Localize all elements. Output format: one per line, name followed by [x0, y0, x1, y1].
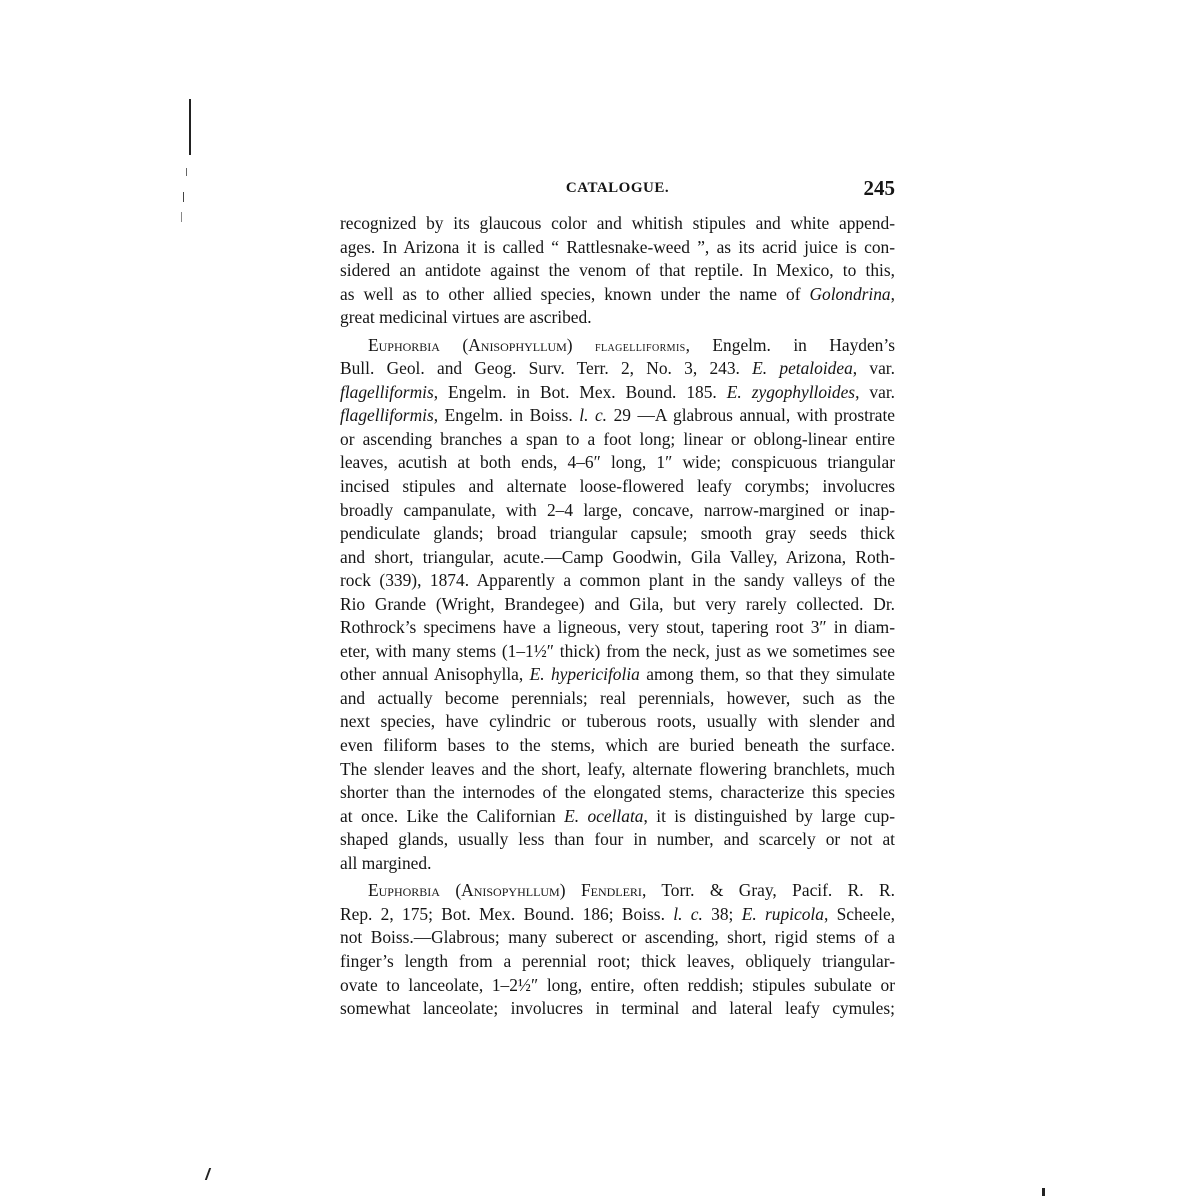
italic-term: l. c.: [673, 904, 703, 924]
species-heading-line: Euphorbia (Anisopyhllum) Fendleri, Torr.…: [340, 879, 895, 903]
text-line: flagelliformis, Engelm. in Boiss. l. c. …: [340, 404, 895, 428]
text-run: Bull. Geol. and Geog. Surv. Terr. 2, No.…: [340, 358, 752, 378]
scan-margin-speck: [186, 168, 187, 176]
text-line: somewhat lanceolate; involucres in termi…: [340, 997, 895, 1021]
text-line: all margined.: [340, 852, 895, 876]
paragraph-continuation: recognized by its glaucous color and whi…: [340, 212, 895, 330]
text-line: pendiculate glands; broad triangular cap…: [340, 522, 895, 546]
text-line: next species, have cylindric or tuberous…: [340, 710, 895, 734]
subgenus-name: (Anisopyhllum): [455, 880, 565, 900]
text-run: 29 —A glabrous annual, with prostrate: [607, 405, 895, 425]
text-line: and short, triangular, acute.—Camp Goodw…: [340, 546, 895, 570]
text-line: and actually become perennials; real per…: [340, 687, 895, 711]
italic-term: flagelliformis: [340, 382, 434, 402]
scan-margin-speck: [181, 212, 182, 222]
text-run: ,: [891, 284, 895, 304]
text-line: great medicinal virtues are ascribed.: [340, 306, 895, 330]
text-run: , Engelm. in Bot. Mex. Bound. 185.: [434, 382, 727, 402]
italic-term: E. ocellata: [564, 806, 643, 826]
text-line: shorter than the internodes of the elong…: [340, 781, 895, 805]
text-line: The slender leaves and the short, leafy,…: [340, 758, 895, 782]
text-line: rock (339), 1874. Apparently a common pl…: [340, 569, 895, 593]
italic-term: Golondrina: [809, 284, 890, 304]
text-run: , Engelm. in Boiss.: [434, 405, 580, 425]
text-run: among them, so that they simulate: [640, 664, 895, 684]
italic-term: E. hypericifolia: [530, 664, 640, 684]
scanned-page: CATALOGUE. 245 recognized by its glaucou…: [0, 0, 1200, 1200]
running-head: CATALOGUE. 245: [340, 176, 895, 200]
text-line: Rio Grande (Wright, Brandegee) and Gila,…: [340, 593, 895, 617]
text-line: as well as to other allied species, know…: [340, 283, 895, 307]
scan-margin-line: [189, 99, 191, 155]
text-run: , var.: [855, 382, 895, 402]
running-title: CATALOGUE.: [340, 180, 895, 197]
species-name: Fendleri: [581, 880, 642, 900]
text-line: ovate to lanceolate, 1–2½″ long, entire,…: [340, 974, 895, 998]
text-line: eter, with many stems (1–1½″ thick) from…: [340, 640, 895, 664]
text-line: flagelliformis, Engelm. in Bot. Mex. Bou…: [340, 381, 895, 405]
text-line: other annual Anisophylla, E. hypericifol…: [340, 663, 895, 687]
text-line: incised stipules and alternate loose-flo…: [340, 475, 895, 499]
text-line: not Boiss.—Glabrous; many suberect or as…: [340, 926, 895, 950]
subgenus-name: (Anisophyllum): [462, 335, 572, 355]
text-line: finger’s length from a perennial root; t…: [340, 950, 895, 974]
text-run: , Scheele,: [824, 904, 895, 924]
authority: , Engelm. in Hayden’s: [686, 335, 895, 355]
page-number: 245: [864, 176, 896, 201]
species-heading-line: Euphorbia (Anisophyllum) flagelliformis,…: [340, 334, 895, 358]
text-run: , it is distinguished by large cup-: [643, 806, 895, 826]
text-line: shaped glands, usually less than four in…: [340, 828, 895, 852]
genus-name: Euphorbia: [368, 335, 440, 355]
body-text: recognized by its glaucous color and whi…: [340, 212, 895, 1021]
text-run: Rep. 2, 175; Bot. Mex. Bound. 186; Boiss…: [340, 904, 673, 924]
text-line: Rothrock’s specimens have a ligneous, ve…: [340, 616, 895, 640]
text-line: ages. In Arizona it is called “ Rattlesn…: [340, 236, 895, 260]
text-run: , var.: [853, 358, 895, 378]
scan-corner-mark: [205, 1168, 211, 1180]
text-line: leaves, acutish at both ends, 4–6″ long,…: [340, 451, 895, 475]
text-line: recognized by its glaucous color and whi…: [340, 212, 895, 236]
text-line: or ascending branches a span to a foot l…: [340, 428, 895, 452]
italic-term: flagelliformis: [340, 405, 434, 425]
paragraph-flagelliformis: Euphorbia (Anisophyllum) flagelliformis,…: [340, 334, 895, 876]
text-line: Rep. 2, 175; Bot. Mex. Bound. 186; Boiss…: [340, 903, 895, 927]
scan-corner-mark: [1042, 1188, 1045, 1196]
species-name: flagelliformis: [595, 340, 686, 355]
italic-term: E. rupicola: [742, 904, 824, 924]
scan-margin-speck: [183, 192, 184, 202]
italic-term: E. zygophylloides: [727, 382, 855, 402]
text-run: as well as to other allied species, know…: [340, 284, 809, 304]
text-line: sidered an antidote against the venom of…: [340, 259, 895, 283]
text-line: even filiform bases to the stems, which …: [340, 734, 895, 758]
text-line: at once. Like the Californian E. ocellat…: [340, 805, 895, 829]
paragraph-fendleri: Euphorbia (Anisopyhllum) Fendleri, Torr.…: [340, 879, 895, 1020]
text-run: 38;: [703, 904, 742, 924]
text-line: broadly campanulate, with 2–4 large, con…: [340, 499, 895, 523]
genus-name: Euphorbia: [368, 880, 440, 900]
text-line: Bull. Geol. and Geog. Surv. Terr. 2, No.…: [340, 357, 895, 381]
text-run: other annual Anisophylla,: [340, 664, 530, 684]
text-run: at once. Like the Californian: [340, 806, 564, 826]
authority: , Torr. & Gray, Pacif. R. R.: [642, 880, 895, 900]
italic-term: E. petaloidea: [752, 358, 853, 378]
italic-term: l. c.: [579, 405, 607, 425]
